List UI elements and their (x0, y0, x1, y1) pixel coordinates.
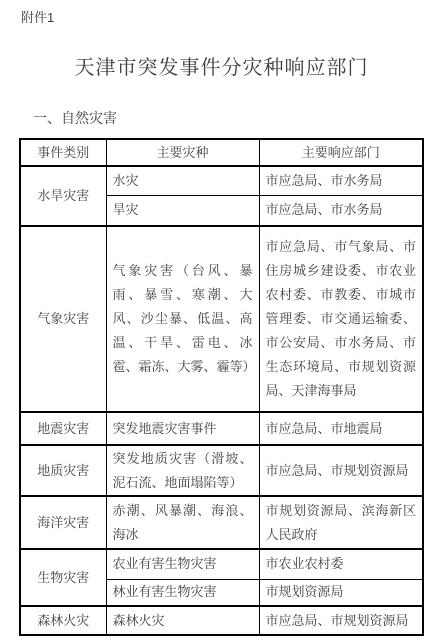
cell-category-marine: 海洋灾害 (20, 496, 106, 549)
table-row-forest-fire: 森林火灾 森林火灾 市应急局、市规划资源局 (20, 606, 423, 635)
cell-departments-agricultural-pest: 市农业农村委 (259, 549, 423, 579)
cell-departments-geological: 市应急局、市规划资源局 (259, 445, 423, 496)
section-heading: 一、自然灾害 (33, 108, 117, 128)
table-header-row: 事件类别 主要灾种 主要响应部门 (20, 139, 423, 166)
response-departments-table: 事件类别 主要灾种 主要响应部门 水旱灾害 水灾 市应急局、市水务局 旱灾 市应… (19, 138, 424, 636)
attachment-label: 附件1 (21, 7, 54, 26)
cell-departments-drought: 市应急局、市水务局 (259, 195, 423, 226)
cell-category-earthquake: 地震灾害 (20, 412, 106, 445)
cell-departments-flood: 市应急局、市水务局 (259, 166, 423, 195)
column-header-event-category: 事件类别 (20, 139, 106, 166)
table-row-earthquake: 地震灾害 突发地震灾害事件 市应急局、市地震局 (20, 412, 423, 445)
cell-departments-earthquake: 市应急局、市地震局 (259, 412, 423, 445)
cell-departments-marine: 市规划资源局、滨海新区人民政府 (259, 496, 423, 549)
cell-departments-forest-fire: 市应急局、市规划资源局 (259, 606, 423, 635)
cell-disaster-forestry-pest: 林业有害生物灾害 (106, 579, 259, 606)
cell-category-flood-drought: 水旱灾害 (20, 166, 106, 226)
document-page: { "page": { "attachment_label": "附件1", "… (0, 0, 443, 643)
cell-departments-forestry-pest: 市规划资源局 (259, 579, 423, 606)
cell-category-forest-fire: 森林火灾 (20, 606, 106, 635)
cell-disaster-drought: 旱灾 (106, 195, 259, 226)
cell-category-meteorological: 气象灾害 (20, 226, 106, 412)
cell-disaster-meteorological: 气象灾害（台风、暴雨、暴雪、寒潮、大风、沙尘暴、低温、高温、干旱、雷电、冰雹、霜… (106, 226, 259, 412)
table-row-marine: 海洋灾害 赤潮、风暴潮、海浪、海冰 市规划资源局、滨海新区人民政府 (20, 496, 423, 549)
table-row-geological: 地质灾害 突发地质灾害（滑坡、泥石流、地面塌陷等） 市应急局、市规划资源局 (20, 445, 423, 496)
cell-category-biological: 生物灾害 (20, 549, 106, 606)
cell-disaster-marine: 赤潮、风暴潮、海浪、海冰 (106, 496, 259, 549)
page-title: 天津市突发事件分灾种响应部门 (0, 51, 443, 80)
cell-disaster-geological: 突发地质灾害（滑坡、泥石流、地面塌陷等） (106, 445, 259, 496)
cell-disaster-flood: 水灾 (106, 166, 259, 195)
table-row-agricultural-pest: 生物灾害 农业有害生物灾害 市农业农村委 (20, 549, 423, 579)
table-row-flood: 水旱灾害 水灾 市应急局、市水务局 (20, 166, 423, 195)
cell-disaster-forest-fire: 森林火灾 (106, 606, 259, 635)
cell-disaster-earthquake: 突发地震灾害事件 (106, 412, 259, 445)
column-header-main-disaster: 主要灾种 (106, 139, 259, 166)
cell-departments-meteorological: 市应急局、市气象局、市住房城乡建设委、市农业农村委、市教委、市城市管理委、市交通… (259, 226, 423, 412)
table-row-meteorological: 气象灾害 气象灾害（台风、暴雨、暴雪、寒潮、大风、沙尘暴、低温、高温、干旱、雷电… (20, 226, 423, 412)
cell-category-geological: 地质灾害 (20, 445, 106, 496)
column-header-response-departments: 主要响应部门 (259, 139, 423, 166)
cell-disaster-agricultural-pest: 农业有害生物灾害 (106, 549, 259, 579)
